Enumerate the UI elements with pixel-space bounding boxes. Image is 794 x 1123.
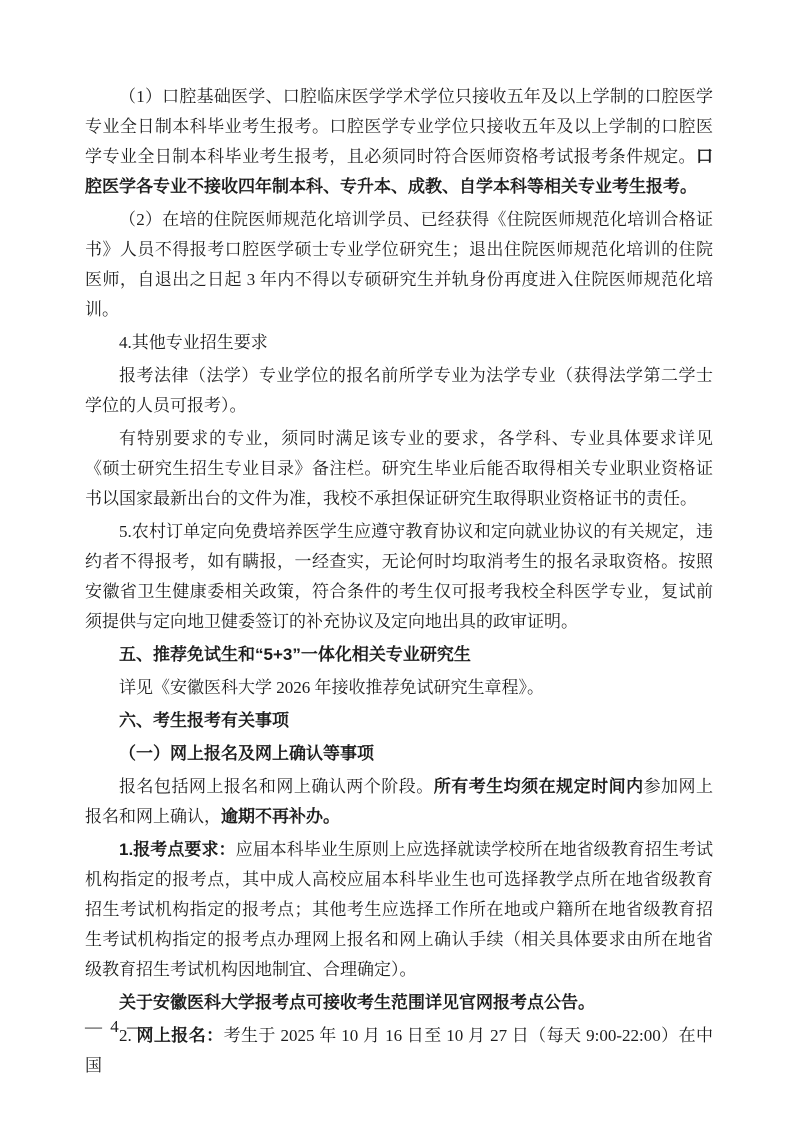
paragraph: （2）在培的住院医师规范化培训学员、已经获得《住院医师规范化培训合格证书》人员不… (85, 205, 713, 325)
text-run: 报名包括网上报名和网上确认两个阶段。 (119, 777, 434, 796)
text-run: 详见《安徽医科大学 2026 年接收推荐免试研究生章程》。 (119, 678, 544, 697)
paragraph: 报名包括网上报名和网上确认两个阶段。所有考生均须在规定时间内参加网上报名和网上确… (85, 772, 713, 832)
paragraph: 报考法律（法学）专业学位的报名前所学专业为法学专业（获得法学第二学士学位的人员可… (85, 361, 713, 421)
paragraph: （1）口腔基础医学、口腔临床医学学术学位只接收五年及以上学制的口腔医学专业全日制… (85, 82, 713, 202)
text-run: （1）口腔基础医学、口腔临床医学学术学位只接收五年及以上学制的口腔医学专业全日制… (85, 87, 713, 166)
text-run: 4.其他专业招生要求 (119, 333, 268, 352)
text-run: 应届本科毕业生原则上应选择就读学校所在地省级教育招生考试机构指定的报考点，其中成… (85, 840, 713, 979)
text-run: 5.农村订单定向免费培养医学生应遵守教育协议和定向就业协议的有关规定，违约者不得… (85, 522, 713, 631)
paragraph: 4.其他专业招生要求 (85, 328, 713, 358)
bold-text-run: 五、推荐免试生和“5+3”一体化相关专业研究生 (119, 645, 471, 664)
document-body: （1）口腔基础医学、口腔临床医学学术学位只接收五年及以上学制的口腔医学专业全日制… (85, 82, 713, 1084)
section-heading: （一）网上报名及网上确认等事项 (85, 739, 713, 769)
document-page: （1）口腔基础医学、口腔临床医学学术学位只接收五年及以上学制的口腔医学专业全日制… (0, 0, 794, 1123)
text-run: 报考法律（法学）专业学位的报名前所学专业为法学专业（获得法学第二学士学位的人员可… (85, 366, 713, 415)
section-heading: 六、考生报考有关事项 (85, 706, 713, 736)
bold-text-run: 逾期不再补办。 (221, 807, 340, 826)
bold-text-run: 六、考生报考有关事项 (119, 711, 289, 730)
bold-text-run: 关于安徽医科大学报考点可接收考生范围详见官网报考点公告。 (119, 993, 595, 1012)
bold-text-run: （一）网上报名及网上确认等事项 (119, 744, 374, 763)
paragraph: 关于安徽医科大学报考点可接收考生范围详见官网报考点公告。 (85, 988, 713, 1018)
text-run: （2）在培的住院医师规范化培训学员、已经获得《住院医师规范化培训合格证书》人员不… (85, 210, 713, 319)
paragraph: 5.农村订单定向免费培养医学生应遵守教育协议和定向就业协议的有关规定，违约者不得… (85, 517, 713, 637)
text-run: 有特别要求的专业，须同时满足该专业的要求，各学科、专业具体要求详见《硕士研究生招… (85, 429, 713, 508)
section-heading: 五、推荐免试生和“5+3”一体化相关专业研究生 (85, 640, 713, 670)
paragraph: 1.报考点要求：应届本科毕业生原则上应选择就读学校所在地省级教育招生考试机构指定… (85, 835, 713, 985)
bold-text-run: 1.报考点要求： (119, 840, 236, 859)
paragraph: 2. 网上报名：考生于 2025 年 10 月 16 日至 10 月 27 日（… (85, 1021, 713, 1081)
paragraph: 有特别要求的专业，须同时满足该专业的要求，各学科、专业具体要求详见《硕士研究生招… (85, 424, 713, 514)
bold-text-run: 网上报名： (136, 1026, 223, 1045)
page-number: — 4 — (85, 1012, 146, 1042)
paragraph: 详见《安徽医科大学 2026 年接收推荐免试研究生章程》。 (85, 673, 713, 703)
bold-text-run: 所有考生均须在规定时间内 (434, 777, 644, 796)
